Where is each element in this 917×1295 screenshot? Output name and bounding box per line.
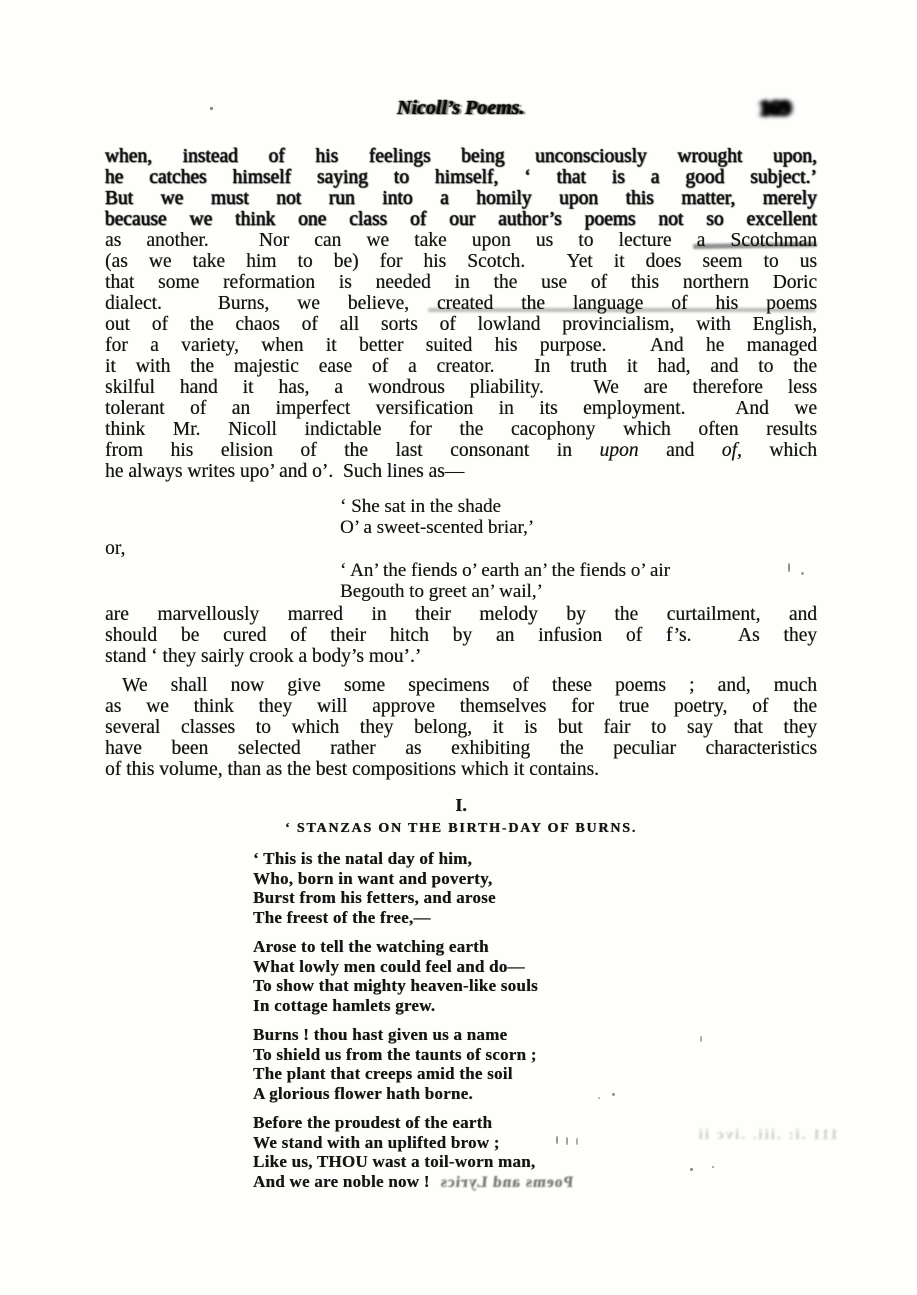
body-line: several classes to which they belong, it… (105, 717, 817, 738)
ink-speck (801, 572, 804, 575)
body-line: are marvellously marred in their melody … (105, 604, 817, 625)
ink-speck (788, 563, 790, 572)
poem-stanza: Before the proudest of the earth We stan… (253, 1113, 817, 1192)
ink-speck (690, 1168, 693, 1171)
line-segment: from his elision of the last consonant i… (105, 440, 599, 461)
ink-speck (700, 1036, 702, 1042)
section-subtitle: ‘ STANZAS ON THE BIRTH-DAY OF BURNS. (105, 819, 817, 839)
body-line: it with the majestic ease of a creator. … (105, 356, 817, 377)
poem-line: Burst from his fetters, and arose (253, 888, 817, 908)
body-line: stand ‘ they sairly crook a body’s mou’.… (105, 646, 817, 667)
body-line: But we must not run into a homily upon t… (105, 188, 817, 209)
body-line: as we think they will approve themselves… (105, 696, 817, 717)
poem-stanza: Burns ! thou hast given us a name To shi… (253, 1025, 817, 1103)
poem-line: What lowly men could feel and do— (253, 957, 817, 977)
verse-line: O’ a sweet-scented briar,’ (340, 518, 817, 539)
ink-speck (712, 1166, 714, 1168)
body-line: because we think one class of our author… (105, 209, 817, 230)
verse-quote: ‘ An’ the fiends o’ earth an’ the fiends… (340, 561, 817, 602)
body-line: he always writes upo’ and o’. Such lines… (105, 461, 817, 482)
poem-line: Like us, THOU wast a toil-worn man, (253, 1152, 817, 1172)
text-column: when, instead of his feelings being unco… (105, 146, 817, 1192)
poem-line-text: And we are noble now ! (253, 1172, 430, 1191)
paragraph: We shall now give some specimens of thes… (105, 675, 817, 780)
verse-line: ‘ An’ the fiends o’ earth an’ the fiends… (340, 561, 817, 582)
italic-word: of, (722, 440, 742, 461)
ink-speck (612, 1093, 615, 1096)
section-numeral: I. (105, 793, 817, 817)
body-line: think Mr. Nicoll indictable for the caco… (105, 419, 817, 440)
verse-line: ‘ She sat in the shade (340, 497, 817, 518)
body-line: (as we take him to be) for his Scotch. Y… (105, 251, 817, 272)
poem-line: Who, born in want and poverty, (253, 869, 817, 889)
ink-speck (210, 107, 213, 110)
body-line: tolerant of an imperfect versification i… (105, 398, 817, 419)
italic-word: upon (599, 440, 638, 461)
verse-quote: ‘ She sat in the shade O’ a sweet-scente… (340, 497, 817, 538)
body-line: for a variety, when it better suited his… (105, 335, 817, 356)
poem-stanza: Arose to tell the watching earth What lo… (253, 937, 817, 1015)
poem-line: ‘ This is the natal day of him, (253, 849, 817, 869)
show-through-text: Poems and Lyrics (439, 1173, 574, 1193)
body-line: he catches himself saying to himself, ‘ … (105, 167, 817, 188)
show-through-text: 111 .i: .iii. .ivc ii (598, 1127, 838, 1144)
ink-smear (428, 308, 816, 312)
poem-line: And we are noble now !Poems and Lyrics (253, 1172, 817, 1193)
line-segment: which (742, 440, 817, 461)
body-line: have been selected rather as exhibiting … (105, 738, 817, 759)
scanned-book-page: Nicoll’s Poems. 169 when, instead of his… (0, 0, 917, 1295)
poem-stanza: ‘ This is the natal day of him, Who, bor… (253, 849, 817, 927)
poem-line: Burns ! thou hast given us a name (253, 1025, 817, 1045)
poem-line: The freest of the free,— (253, 908, 817, 928)
poem-line: In cottage hamlets grew. (253, 996, 817, 1016)
body-line: skilful hand it has, a wondrous pliabili… (105, 377, 817, 398)
poem-line: The plant that creeps amid the soil (253, 1064, 817, 1084)
ink-speck (598, 1097, 600, 1099)
body-line: when, instead of his feelings being unco… (105, 146, 817, 167)
line-segment: and (638, 440, 721, 461)
poem-line: To shield us from the taunts of scorn ; (253, 1045, 817, 1065)
ink-speck (566, 1137, 568, 1145)
body-line: We shall now give some specimens of thes… (105, 675, 817, 696)
body-line: of this volume, than as the best composi… (105, 759, 817, 780)
paragraph: when, instead of his feelings being unco… (105, 146, 817, 482)
poem-line: To show that mighty heaven-like souls (253, 976, 817, 996)
body-line: that some reformation is needed in the u… (105, 272, 817, 293)
poem-line: A glorious flower hath borne. (253, 1084, 817, 1104)
body-line: should be cured of their hitch by an inf… (105, 625, 817, 646)
verse-line: Begouth to greet an’ wail,’ (340, 582, 817, 603)
poem-line: Arose to tell the watching earth (253, 937, 817, 957)
or-label: or, (105, 538, 817, 559)
ink-speck (576, 1138, 578, 1145)
page-number: 169 (741, 96, 807, 121)
paragraph: are marvellously marred in their melody … (105, 604, 817, 667)
ink-speck (556, 1136, 558, 1144)
body-line: out of the chaos of all sorts of lowland… (105, 314, 817, 335)
body-line-with-italics: from his elision of the last consonant i… (105, 440, 817, 461)
